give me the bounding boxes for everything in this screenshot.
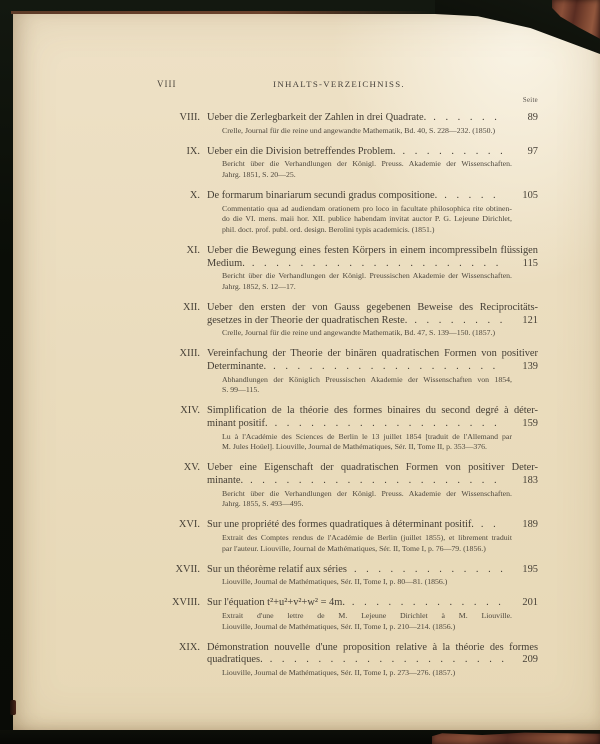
folio-number: VIII [157,78,177,90]
entry-title-line: Ueber die Zerlegbarkeit der Zahlen in dr… [207,112,538,125]
entry-reference-line: Extrait d'une lettre de M. Lejeune Diric… [222,611,512,622]
entry-number: XIII. [140,348,200,396]
entry-reference-line: Liouville, Journal de Mathématiques, Sér… [222,668,512,679]
page-column-label: Seite [140,97,538,105]
entry-title-text: Sur un théorème relatif aux séries [207,564,347,577]
entry-number: X. [140,190,200,236]
entry-title: Démonstration nouvelle d'une proposition… [207,642,538,667]
entry-title-text: Medium. [207,258,245,271]
entry-body: Simplification de la théorie des formes … [207,405,538,453]
entry-reference-line: M. Jules Hoüel]. Liouville, Journal de M… [222,442,512,453]
entry-title: Sur un théorème relatif aux séries. . . … [207,564,538,577]
entry-title-text: Ueber die Zerlegbarkeit der Zahlen in dr… [207,112,426,125]
entry-title-line: Démonstration nouvelle d'une proposition… [207,642,538,655]
entry-reference: Bericht über die Verhandlungen der König… [222,271,512,293]
dot-leader: . . . . . . . . . . . . . . . . . . . . … [273,361,505,374]
entry-reference: Bericht über die Verhandlungen der König… [222,159,512,181]
entry-title: Sur une propriété des formes quadratique… [207,519,538,532]
entry-title: Sur l'équation t²+u²+v²+w² = 4m.. . . . … [207,597,538,610]
entry-title-line: Ueber die Bewegung eines festen Körpers … [207,245,538,258]
dot-leader: . . . . . . . . . . . . . . . . . . . . … [433,112,505,125]
entry-reference-line: par l'auteur. Liouville, Journal de Math… [222,544,512,555]
entry-body: Ueber den ersten der von Gauss gegebenen… [207,302,538,339]
toc-entry: XVII. Sur un théorème relatif aux séries… [140,564,538,589]
entry-page-number: 209 [508,654,538,667]
entry-reference-line: Extrait des Comptes rendus de l'Académie… [222,533,512,544]
entry-number: IX. [140,146,200,181]
entry-number: XVII. [140,564,200,589]
entry-body: Sur l'équation t²+u²+v²+w² = 4m.. . . . … [207,597,538,632]
entry-reference: Crelle, Journal für die reine und angewa… [222,328,512,339]
entry-body: Ueber ein die Division betreffendes Prob… [207,146,538,181]
entry-reference-line: Lu à l'Académie des Sciences de Berlin l… [222,432,512,443]
entry-title-line: Simplification de la théorie des formes … [207,405,538,418]
entry-title: Ueber den ersten der von Gauss gegebenen… [207,302,538,327]
entry-title-text: De formarum binariarum secundi gradus co… [207,190,437,203]
entry-page-number: 195 [508,564,538,577]
entry-title: Simplification de la théorie des formes … [207,405,538,430]
entry-title: Ueber eine Eigenschaft der quadratischen… [207,462,538,487]
dot-leader: . . . . . . . . . . . . . . . . . . . . … [354,564,505,577]
entry-reference-line: phil. doct. prof. publ. ord. design. Ber… [222,225,512,236]
toc-entry: XIV. Simplification de la théorie des fo… [140,405,538,453]
entry-page-number: 159 [508,418,538,431]
entry-title-text: quadratiques. [207,654,263,667]
dot-leader: . . . . . . . . . . . . . . . . . . . . … [444,190,505,203]
entry-title-line: Ueber eine Eigenschaft der quadratischen… [207,462,538,475]
entry-title-line: Ueber den ersten der von Gauss gegebenen… [207,302,538,315]
entry-title-line: minant positif.. . . . . . . . . . . . .… [207,418,538,431]
dot-leader: . . . . . . . . . . . . . . . . . . . . … [270,654,505,667]
entry-page-number: 183 [508,475,538,488]
entry-reference: Liouville, Journal de Mathématiques, Sér… [222,577,512,588]
entry-title-text: Sur une propriété des formes quadratique… [207,519,474,532]
entry-reference-line: Bericht über die Verhandlungen der König… [222,489,512,500]
entry-reference-line: Crelle, Journal für die reine und angewa… [222,328,512,339]
toc-entry: X. De formarum binariarum secundi gradus… [140,190,538,236]
entry-title-text: Sur l'équation t²+u²+v²+w² = 4m. [207,597,345,610]
entry-reference-line: Liouville, Journal de Mathématiques, Sér… [222,622,512,633]
entry-reference-line: Bericht über die Verhandlungen der König… [222,271,512,282]
dot-leader: . . . . . . . . . . . . . . . . . . . . … [414,315,505,328]
entry-page-number: 139 [508,361,538,374]
entry-number: XII. [140,302,200,339]
entry-page-number: 105 [508,190,538,203]
toc-entry: XI. Ueber die Bewegung eines festen Körp… [140,245,538,293]
entry-title-line: minante.. . . . . . . . . . . . . . . . … [207,475,538,488]
entry-title-text: minante. [207,475,243,488]
entry-title-line: Sur une propriété des formes quadratique… [207,519,538,532]
page-content: VIII INHALTS-VERZEICHNISS. Seite VIII. U… [140,78,538,688]
book-page: VIII INHALTS-VERZEICHNISS. Seite VIII. U… [13,14,600,730]
dot-leader: . . . . . . . . . . . . . . . . . . . . … [252,258,505,271]
toc-entry: IX. Ueber ein die Division betreffendes … [140,146,538,181]
entry-number: XIV. [140,405,200,453]
entry-reference-line: Commentatio qua ad audiendam orationem p… [222,204,512,215]
entry-number: XVI. [140,519,200,554]
entry-number: XV. [140,462,200,510]
entry-reference: Commentatio qua ad audiendam orationem p… [222,204,512,237]
entry-title-line: gesetzes in der Theorie der quadratische… [207,315,538,328]
entry-title-line: Determinante.. . . . . . . . . . . . . .… [207,361,538,374]
entry-title-line: Ueber ein die Division betreffendes Prob… [207,146,538,159]
entry-body: Vereinfachung der Theorie der binären qu… [207,348,538,396]
page-header: VIII INHALTS-VERZEICHNISS. [140,78,538,91]
entry-title-text: gesetzes in der Theorie der quadratische… [207,315,407,328]
toc-entry: XVIII. Sur l'équation t²+u²+v²+w² = 4m..… [140,597,538,632]
entry-reference: Crelle, Journal für die reine und angewa… [222,126,512,137]
toc-entries: VIII. Ueber die Zerlegbarkeit der Zahlen… [140,112,538,679]
dot-leader: . . . . . . . . . . . . . . . . . . . . … [275,418,505,431]
entry-number: XI. [140,245,200,293]
entry-title-text: minant positif. [207,418,268,431]
entry-page-number: 189 [508,519,538,532]
entry-reference-line: Jahrg. 1852, S. 12—17. [222,282,512,293]
entry-reference-line: S. 99—115. [222,385,512,396]
entry-title-text: Determinante. [207,361,266,374]
toc-entry: XII. Ueber den ersten der von Gauss gege… [140,302,538,339]
toc-entry: XIII. Vereinfachung der Theorie der binä… [140,348,538,396]
entry-body: Sur une propriété des formes quadratique… [207,519,538,554]
dot-leader: . . . . . . . . . . . . . . . . . . . . … [250,475,505,488]
entry-reference-line: Abhandlungen der Königlich Preussischen … [222,375,512,386]
entry-reference: Lu à l'Académie des Sciences de Berlin l… [222,432,512,454]
entry-title-line: quadratiques.. . . . . . . . . . . . . .… [207,654,538,667]
dot-leader: . . . . . . . . . . . . . . . . . . . . … [352,597,505,610]
entry-title: Ueber die Bewegung eines festen Körpers … [207,245,538,270]
entry-reference: Abhandlungen der Königlich Preussischen … [222,375,512,397]
binding-mark-left-edge [10,700,16,715]
entry-body: Sur un théorème relatif aux séries. . . … [207,564,538,589]
entry-page-number: 201 [508,597,538,610]
entry-title: Ueber die Zerlegbarkeit der Zahlen in dr… [207,112,538,125]
entry-title-line: Medium.. . . . . . . . . . . . . . . . .… [207,258,538,271]
entry-number: VIII. [140,112,200,137]
dot-leader: . . . . . . . . . . . . . . . . . . . . … [403,146,505,159]
entry-body: Démonstration nouvelle d'une proposition… [207,642,538,679]
entry-reference-line: Jahrg. 1851, S. 20—25. [222,170,512,181]
entry-title: De formarum binariarum secundi gradus co… [207,190,538,203]
toc-entry: XV. Ueber eine Eigenschaft der quadratis… [140,462,538,510]
running-title: INHALTS-VERZEICHNISS. [140,78,538,90]
entry-title-line: Vereinfachung der Theorie der binären qu… [207,348,538,361]
entry-reference: Bericht über die Verhandlungen der König… [222,489,512,511]
entry-number: XIX. [140,642,200,679]
entry-title-line: Sur l'équation t²+u²+v²+w² = 4m.. . . . … [207,597,538,610]
entry-reference: Liouville, Journal de Mathématiques, Sér… [222,668,512,679]
entry-reference-line: Bericht über die Verhandlungen der König… [222,159,512,170]
toc-entry: XVI. Sur une propriété des formes quadra… [140,519,538,554]
entry-page-number: 115 [508,258,538,271]
entry-reference-line: Liouville, Journal de Mathématiques, Sér… [222,577,512,588]
entry-body: Ueber die Bewegung eines festen Körpers … [207,245,538,293]
entry-reference-line: do die VI. mens. maii hor. XII. publice … [222,214,512,225]
scanned-book-photo: VIII INHALTS-VERZEICHNISS. Seite VIII. U… [0,0,600,744]
dot-leader: . . . . . . . . . . . . . . . . . . . . … [481,519,505,532]
toc-entry: XIX. Démonstration nouvelle d'une propos… [140,642,538,679]
entry-number: XVIII. [140,597,200,632]
entry-reference: Extrait des Comptes rendus de l'Académie… [222,533,512,555]
entry-page-number: 97 [508,146,538,159]
entry-reference: Extrait d'une lettre de M. Lejeune Diric… [222,611,512,633]
toc-entry: VIII. Ueber die Zerlegbarkeit der Zahlen… [140,112,538,137]
entry-title-text: Ueber ein die Division betreffendes Prob… [207,146,396,159]
entry-reference-line: Jahrg. 1855, S. 493—495. [222,499,512,510]
entry-title-line: De formarum binariarum secundi gradus co… [207,190,538,203]
entry-title: Vereinfachung der Theorie der binären qu… [207,348,538,373]
entry-page-number: 121 [508,315,538,328]
entry-title-line: Sur un théorème relatif aux séries. . . … [207,564,538,577]
entry-body: Ueber die Zerlegbarkeit der Zahlen in dr… [207,112,538,137]
entry-body: De formarum binariarum secundi gradus co… [207,190,538,236]
entry-page-number: 89 [508,112,538,125]
entry-title: Ueber ein die Division betreffendes Prob… [207,146,538,159]
entry-body: Ueber eine Eigenschaft der quadratischen… [207,462,538,510]
entry-reference-line: Crelle, Journal für die reine und angewa… [222,126,512,137]
